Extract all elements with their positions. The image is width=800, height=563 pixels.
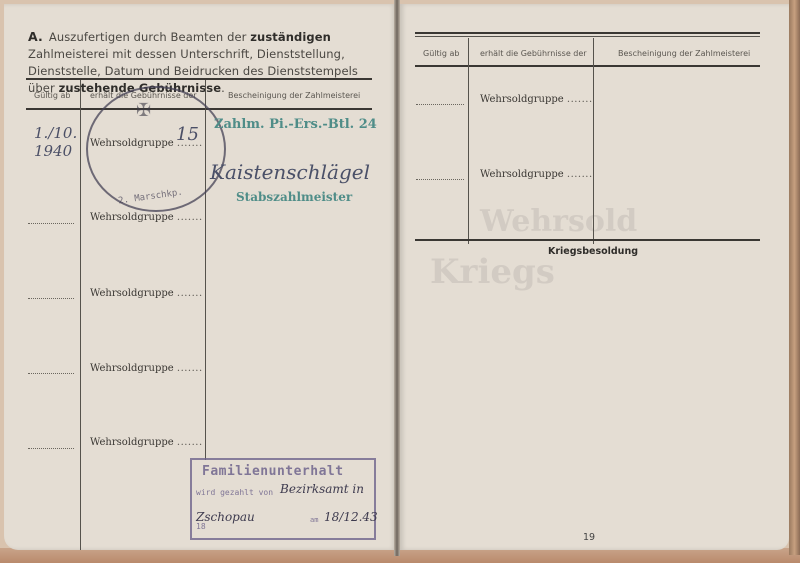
col-header-receives-pay: erhält die Gebührnisse der xyxy=(480,49,587,58)
family-support-stamp: Familienunterhalt wird gezahlt von Bezir… xyxy=(190,458,376,540)
right-page: Wehrsold Kriegs Gültig ab erhält die Geb… xyxy=(400,4,789,550)
pay-group-row-3: Wehrsoldgruppe ....... xyxy=(90,288,203,299)
bleed-through-text-1: Wehrsold xyxy=(480,204,637,239)
col-divider-1 xyxy=(80,80,81,550)
pay-group-row-1: Wehrsoldgruppe ....... xyxy=(480,94,593,105)
section-letter: A. xyxy=(28,29,43,44)
table-top-rule xyxy=(415,32,760,34)
eagle-emblem-icon: ✠ xyxy=(136,100,176,126)
bleed-through-text-2: Kriegs xyxy=(430,252,555,292)
page-number: 19 xyxy=(583,532,595,543)
pay-group-row-4: Wehrsoldgruppe ....... xyxy=(90,363,203,374)
header-bottom-rule xyxy=(415,65,760,67)
valid-from-blank-1 xyxy=(416,104,464,105)
pay-group-row-5: Wehrsoldgruppe ....... xyxy=(90,437,203,448)
table-top-rule xyxy=(26,78,372,80)
book-bottom-edge xyxy=(0,548,800,563)
col-header-valid-from: Gültig ab xyxy=(34,91,70,100)
table-top-rule-2 xyxy=(415,36,760,37)
handwritten-valid-from-date: 1./10. xyxy=(34,124,77,142)
valid-from-blank-5 xyxy=(28,448,74,449)
handwritten-valid-from-year: 1940 xyxy=(34,142,72,160)
valid-from-blank-2 xyxy=(28,223,74,224)
col-header-certification: Bescheinigung der Zahlmeisterei xyxy=(228,91,360,100)
valid-from-blank-3 xyxy=(28,298,74,299)
valid-from-blank-4 xyxy=(28,373,74,374)
col-header-certification: Bescheinigung der Zahlmeisterei xyxy=(618,49,750,58)
unit-stamp: Zahlm. Pi.-Ers.-Btl. 24 xyxy=(214,117,377,132)
signature: Kaistenschlägel xyxy=(210,160,370,184)
war-pay-label: Kriegsbesoldung xyxy=(548,246,638,257)
col-header-valid-from: Gültig ab xyxy=(423,49,459,58)
title-stamp: Stabszahlmeister xyxy=(236,190,352,204)
pay-group-row-2: Wehrsoldgruppe ....... xyxy=(90,212,203,223)
table-bottom-rule xyxy=(415,239,760,241)
col-divider-1 xyxy=(468,38,469,244)
pay-group-row-2: Wehrsoldgruppe ....... xyxy=(480,169,593,180)
valid-from-blank-2 xyxy=(416,179,464,180)
left-page: A.Auszufertigen durch Beamten der zustän… xyxy=(4,4,396,550)
book-right-edge xyxy=(789,0,800,555)
round-official-stamp: ✠ 2. Marschkp. xyxy=(86,86,226,212)
col-divider-2 xyxy=(593,38,594,244)
